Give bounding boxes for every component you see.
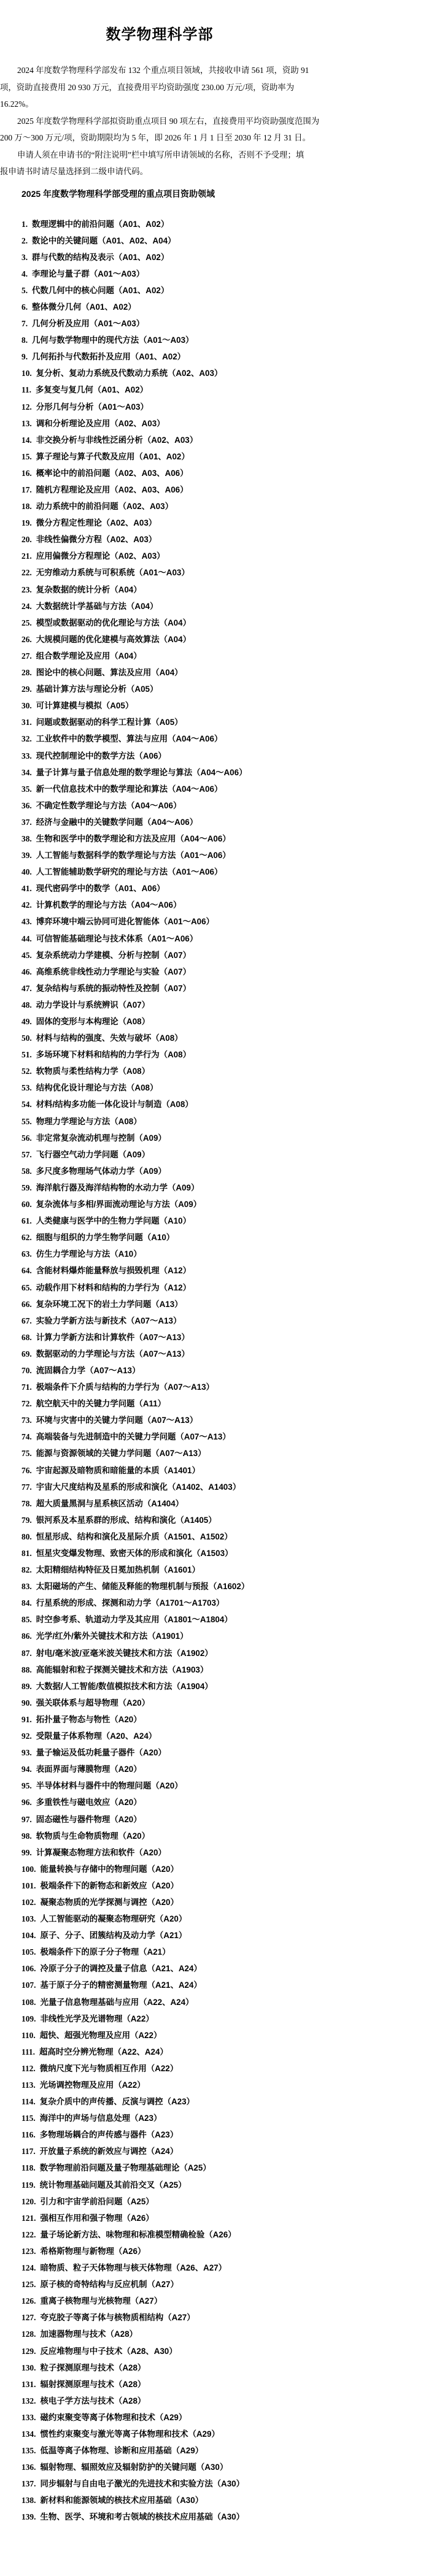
item-number: 37. (21, 818, 32, 827)
item-text: 李理论与量子群（A01～A03） (32, 269, 144, 278)
list-item: 84.行星系统的形成、探测和动力学（A1701～A1703） (21, 1595, 319, 1611)
list-item: 8.几何与数学物理中的现代方法（A01～A03） (21, 332, 319, 348)
list-item: 35.新一代信息技术中的数学理论和算法（A04～A06） (21, 781, 319, 797)
list-item: 9.几何拓扑与代数拓扑及应用（A01、A02） (21, 348, 319, 365)
list-item: 99.计算凝聚态物理方法和软件（A20） (21, 1844, 319, 1861)
list-item: 79.银河系及本星系群的形成、结构和演化（A1405） (21, 1512, 319, 1528)
item-number: 43. (21, 917, 32, 926)
item-text: 复杂介质中的声传播、反演与调控（A23） (40, 2097, 195, 2106)
item-number: 46. (21, 967, 32, 976)
list-item: 63.仿生力学理论与方法（A10） (21, 1246, 319, 1262)
item-text: 极端条件下介质与结构的力学行为（A07～A13） (36, 1382, 214, 1392)
item-number: 34. (21, 768, 32, 777)
item-number: 41. (21, 884, 32, 893)
list-item: 135.低温等离子体物理、诊断和应用基础（A29） (21, 2442, 319, 2459)
item-text: 大数据/人工智能/数值模拟技术和方法（A1904） (36, 1682, 213, 1691)
item-number: 49. (21, 1017, 32, 1026)
item-number: 64. (21, 1266, 32, 1275)
funding-areas-list: 1.数理逻辑中的前沿问题（A01、A02）2.数论中的关键问题（A01、A02、… (0, 216, 319, 2526)
item-text: 软物质与柔性结构力学（A08） (36, 1067, 150, 1076)
document-page: 数学物理科学部 2024 年度数学物理科学部发布 132 个重点项目领域，共接收… (0, 25, 319, 2526)
item-text: 大数据统计学基础与方法（A04） (36, 602, 158, 611)
list-item: 122.量子场论新方法、味物理和标准模型精确检验（A26） (21, 2226, 319, 2243)
item-number: 16. (21, 469, 32, 478)
item-text: 代数几何中的核心问题（A01、A02） (32, 286, 169, 295)
item-number: 59. (21, 1183, 32, 1192)
list-item: 17.随机方程理论及应用（A02、A03、A06） (21, 481, 319, 498)
item-text: 能源与资源领域的关键力学问题（A07～A13） (36, 1449, 206, 1458)
list-item: 115.海洋中的声场与信息处理（A23） (21, 2110, 319, 2126)
list-item: 127.夸克胶子等离子体与核物质相结构（A27） (21, 2309, 319, 2326)
item-number: 35. (21, 784, 32, 794)
list-item: 47.复杂结构与系统的振动特性及控制（A07） (21, 980, 319, 997)
item-number: 72. (21, 1399, 32, 1408)
item-text: 人工智能辅助数学研究的理论与方法（A01～A06） (36, 867, 223, 876)
item-text: 非交换分析与非线性泛函分析（A02、A03） (36, 435, 198, 445)
section-heading: 2025 年度数学物理科学部受理的重点项目资助领域 (21, 188, 319, 200)
item-number: 96. (21, 1798, 32, 1807)
item-number: 4. (21, 269, 28, 278)
item-text: 射电/毫米波/亚毫米波关键技术和方法（A1902） (36, 1649, 213, 1658)
item-text: 非定常复杂流动机理与控制（A09） (36, 1133, 166, 1143)
item-text: 能量转换与存储中的物理问题（A20） (40, 1865, 178, 1874)
list-item: 68.计算力学新方法和计算软件（A07～A13） (21, 1329, 319, 1346)
item-text: 数理逻辑中的前沿问题（A01、A02） (32, 220, 169, 229)
item-text: 流固耦合力学（A07～A13） (36, 1366, 141, 1375)
item-number: 36. (21, 801, 32, 810)
item-text: 群与代数的结构及表示（A01、A02） (32, 253, 169, 262)
item-text: 可计算建模与模拟（A05） (36, 701, 133, 710)
item-number: 109. (21, 2014, 36, 2023)
item-text: 高维系统非线性动力学理论与实验（A07） (36, 967, 191, 976)
list-item: 45.复杂系统动力学建模、分析与控制（A07） (21, 947, 319, 964)
intro-paragraphs: 2024 年度数学物理科学部发布 132 个重点项目领域，共接收申请 561 项… (0, 62, 319, 180)
item-text: 低温等离子体物理、诊断和应用基础（A29） (40, 2446, 203, 2455)
list-item: 95.半导体材料与器件中的物理问题（A20） (21, 1777, 319, 1794)
item-text: 超大质量黑洞与星系核区活动（A1404） (36, 1499, 184, 1508)
item-number: 9. (21, 352, 28, 361)
item-number: 69. (21, 1349, 32, 1359)
item-text: 时空参考系、轨道动力学及其应用（A1801～A1804） (36, 1615, 233, 1624)
item-text: 微分方程定性理论（A02、A03） (36, 518, 157, 527)
list-item: 58.多尺度多物理场气体动力学（A09） (21, 1163, 319, 1179)
paragraph-line: 报申请书时请尽量选择到二级申请代码。 (0, 163, 319, 180)
list-item: 77.宇宙大尺度结构及星系的形成和演化（A1402、A1403） (21, 1479, 319, 1495)
item-number: 118. (21, 2163, 36, 2172)
item-number: 60. (21, 1200, 32, 1209)
item-text: 非线性偏微分方程（A02、A03） (36, 535, 157, 544)
list-item: 98.软物质与生命物质物理（A20） (21, 1828, 319, 1844)
item-number: 26. (21, 635, 32, 644)
item-text: 量子场论新方法、味物理和标准模型精确检验（A26） (40, 2230, 236, 2239)
item-text: 基础计算方法与理论分析（A05） (36, 684, 158, 694)
list-item: 40.人工智能辅助数学研究的理论与方法（A01～A06） (21, 864, 319, 880)
list-item: 123.希格斯物理与新物理（A26） (21, 2243, 319, 2260)
item-number: 120. (21, 2197, 36, 2206)
item-number: 3. (21, 253, 28, 262)
item-text: 调和分析理论及应用（A02、A03） (36, 419, 165, 428)
list-item: 3.群与代数的结构及表示（A01、A02） (21, 249, 319, 266)
item-number: 87. (21, 1649, 32, 1658)
item-text: 整体微分几何（A01、A02） (32, 302, 136, 312)
list-item: 27.组合数学理论及应用（A04） (21, 648, 319, 664)
item-text: 博弈环境中端云协同可进化智能体（A01～A06） (36, 917, 214, 926)
item-number: 125. (21, 2280, 36, 2289)
item-number: 89. (21, 1682, 32, 1691)
item-number: 116. (21, 2130, 36, 2139)
item-number: 27. (21, 651, 32, 661)
item-number: 130. (21, 2363, 36, 2372)
item-number: 70. (21, 1366, 32, 1375)
item-text: 多尺度多物理场气体动力学（A09） (36, 1167, 166, 1176)
item-number: 19. (21, 518, 32, 527)
list-item: 64.含能材料爆炸能量释放与损毁机理（A12） (21, 1262, 319, 1279)
item-text: 动力学设计与系统辨识（A07） (36, 1000, 150, 1010)
item-number: 28. (21, 668, 32, 677)
item-number: 17. (21, 485, 32, 494)
list-item: 56.非定常复杂流动机理与控制（A09） (21, 1130, 319, 1146)
item-text: 软物质与生命物质物理（A20） (36, 1831, 150, 1841)
item-number: 14. (21, 435, 32, 445)
list-item: 100.能量转换与存储中的物理问题（A20） (21, 1861, 319, 1877)
list-item: 70.流固耦合力学（A07～A13） (21, 1362, 319, 1379)
list-item: 20.非线性偏微分方程（A02、A03） (21, 531, 319, 548)
item-number: 76. (21, 1466, 32, 1475)
item-text: 高端装备与先进制造中的关键力学问题（A07～A13） (36, 1432, 231, 1441)
list-item: 38.生物和医学中的数学理论和方法及应用（A04～A06） (21, 830, 319, 847)
item-number: 21. (21, 551, 32, 561)
item-number: 115. (21, 2114, 36, 2123)
list-item: 34.量子计算与量子信息处理的数学理论与算法（A04～A06） (21, 764, 319, 781)
item-number: 117. (21, 2147, 36, 2156)
item-number: 129. (21, 2347, 36, 2356)
item-text: 微纳尺度下光与物质相互作用（A22） (40, 2064, 178, 2073)
item-number: 52. (21, 1067, 32, 1076)
item-number: 106. (21, 1964, 36, 1973)
item-text: 计算凝聚态物理方法和软件（A20） (36, 1848, 166, 1857)
list-item: 46.高维系统非线性动力学理论与实验（A07） (21, 964, 319, 980)
list-item: 94.表面界面与薄膜物理（A20） (21, 1761, 319, 1777)
item-number: 123. (21, 2247, 36, 2256)
list-item: 29.基础计算方法与理论分析（A05） (21, 681, 319, 697)
item-text: 动力系统中的前沿问题（A02、A03） (36, 502, 173, 511)
item-text: 宇宙起源及暗物质和暗能量的本质（A1401） (36, 1466, 200, 1475)
list-item: 133.磁约束聚变等离子体物理和技术（A29） (21, 2409, 319, 2426)
item-text: 超快、超强光物理及应用（A22） (40, 2031, 162, 2040)
list-item: 60.复杂流体与多相/界面流动理论与方法（A09） (21, 1196, 319, 1213)
item-number: 100. (21, 1865, 36, 1874)
item-number: 90. (21, 1698, 32, 1708)
item-text: 引力和宇宙学前沿问题（A25） (40, 2197, 153, 2206)
item-text: 核电子学方法与技术（A28） (40, 2396, 145, 2405)
list-item: 51.多场环境下材料和结构的力学行为（A08） (21, 1046, 319, 1063)
item-text: 拓扑量子物态与物性（A20） (36, 1715, 142, 1724)
item-number: 25. (21, 618, 32, 627)
item-number: 2. (21, 236, 28, 245)
list-item: 49.固体的变形与本构理论（A08） (21, 1013, 319, 1030)
item-number: 102. (21, 1898, 36, 1907)
item-number: 54. (21, 1100, 32, 1109)
list-item: 66.复杂环境工况下的岩土力学问题（A13） (21, 1296, 319, 1313)
item-text: 结构优化设计理论与方法（A08） (36, 1083, 158, 1092)
list-item: 117.开放量子系统的新效应与调控（A24） (21, 2143, 319, 2160)
item-number: 107. (21, 1980, 36, 1990)
item-number: 55. (21, 1117, 32, 1126)
item-number: 126. (21, 2296, 36, 2306)
list-item: 19.微分方程定性理论（A02、A03） (21, 515, 319, 531)
item-number: 112. (21, 2064, 36, 2073)
item-text: 海洋中的声场与信息处理（A23） (40, 2114, 162, 2123)
item-number: 92. (21, 1731, 32, 1741)
item-number: 93. (21, 1748, 32, 1757)
item-number: 83. (21, 1582, 32, 1591)
list-item: 81.恒星灾变爆发物理、致密天体的形成和演化（A1503） (21, 1545, 319, 1562)
list-item: 110.超快、超强光物理及应用（A22） (21, 2027, 319, 2044)
item-number: 39. (21, 851, 32, 860)
item-text: 粒子探测原理与技术（A28） (40, 2363, 145, 2372)
item-number: 57. (21, 1150, 32, 1159)
item-number: 135. (21, 2446, 36, 2455)
item-text: 原子、分子、团簇结构及动力学（A21） (40, 1931, 187, 1940)
item-text: 强相互作用和强子物理（A26） (40, 2214, 153, 2223)
item-text: 材料/结构多功能一体化设计与制造（A08） (36, 1100, 193, 1109)
item-number: 5. (21, 286, 28, 295)
item-number: 56. (21, 1133, 32, 1143)
item-text: 原子核的奇特结构与反应机制（A27） (40, 2280, 178, 2289)
item-text: 细胞与组织的力学生物学问题（A10） (36, 1233, 174, 1242)
list-item: 116.多物理场耦合的声传感与器件（A23） (21, 2126, 319, 2143)
item-number: 15. (21, 452, 32, 461)
item-number: 94. (21, 1765, 32, 1774)
list-item: 44.可信智能基础理论与技术体系（A01～A06） (21, 930, 319, 947)
list-item: 73.环境与灾害中的关键力学问题（A07～A13） (21, 1412, 319, 1428)
item-text: 算子理论与算子代数及应用（A01、A02） (36, 452, 190, 461)
list-item: 138.新材料和能源领域的核技术应用基础（A30） (21, 2492, 319, 2509)
item-text: 多复变与复几何（A01、A02） (36, 385, 148, 394)
list-item: 74.高端装备与先进制造中的关键力学问题（A07～A13） (21, 1428, 319, 1445)
list-item: 69.数据驱动的力学理论与方法（A07～A13） (21, 1346, 319, 1362)
item-number: 127. (21, 2313, 36, 2322)
list-item: 59.海洋航行器及海洋结构物的水动力学（A09） (21, 1179, 319, 1196)
item-number: 84. (21, 1598, 32, 1608)
list-item: 114.复杂介质中的声传播、反演与调控（A23） (21, 2093, 319, 2110)
item-number: 105. (21, 1947, 36, 1957)
paragraph-line: 16.22%。 (0, 96, 319, 113)
item-text: 工业软件中的数学模型、算法与应用（A04～A06） (36, 734, 223, 743)
item-text: 光场调控物理及应用（A22） (40, 2080, 145, 2090)
list-item: 85.时空参考系、轨道动力学及其应用（A1801～A1804） (21, 1611, 319, 1628)
item-number: 73. (21, 1416, 32, 1425)
list-item: 86.光学/红外/紫外关键技术和方法（A1901） (21, 1628, 319, 1644)
item-text: 无穷维动力系统与可积系统（A01～A03） (36, 568, 190, 577)
list-item: 139.生物、医学、环境和考古领域的核技术应用基础（A30） (21, 2509, 319, 2525)
item-number: 48. (21, 1000, 32, 1010)
item-text: 宇宙大尺度结构及星系的形成和演化（A1402、A1403） (36, 1482, 241, 1492)
item-number: 121. (21, 2214, 36, 2223)
item-number: 133. (21, 2413, 36, 2422)
item-text: 经济与金融中的关键数学问题（A04～A06） (36, 818, 198, 827)
list-item: 55.物理力学理论与方法（A08） (21, 1113, 319, 1130)
item-number: 1. (21, 220, 28, 229)
item-text: 冷原子分子的调控及量子信息（A21、A24） (40, 1964, 201, 1973)
item-text: 环境与灾害中的关键力学问题（A07～A13） (36, 1416, 198, 1425)
list-item: 11.多复变与复几何（A01、A02） (21, 381, 319, 398)
item-number: 61. (21, 1216, 32, 1225)
item-text: 加速器物理与技术（A28） (40, 2329, 137, 2339)
list-item: 21.应用偏微分方程理论（A02、A03） (21, 548, 319, 564)
list-item: 118.数学物理前沿问题及量子物理基础理论（A25） (21, 2160, 319, 2176)
list-item: 89.大数据/人工智能/数值模拟技术和方法（A1904） (21, 1678, 319, 1695)
list-item: 130.粒子探测原理与技术（A28） (21, 2359, 319, 2376)
list-item: 106.冷原子分子的调控及量子信息（A21、A24） (21, 1960, 319, 1977)
item-text: 现代控制理论中的数学方法（A06） (36, 751, 166, 761)
item-text: 可信智能基础理论与技术体系（A01～A06） (36, 934, 198, 943)
item-number: 65. (21, 1283, 32, 1292)
item-number: 131. (21, 2380, 36, 2389)
item-number: 110. (21, 2031, 36, 2040)
list-item: 33.现代控制理论中的数学方法（A06） (21, 748, 319, 764)
list-item: 134.惯性约束聚变与激光等离子体物理和技术（A29） (21, 2426, 319, 2442)
page-title: 数学物理科学部 (0, 25, 319, 45)
list-item: 2.数论中的关键问题（A01、A02、A04） (21, 232, 319, 249)
item-text: 量子输运及低功耗量子器件（A20） (36, 1748, 166, 1757)
item-number: 79. (21, 1516, 32, 1525)
list-item: 132.核电子学方法与技术（A28） (21, 2393, 319, 2409)
list-item: 16.概率论中的前沿问题（A02、A03、A06） (21, 465, 319, 481)
list-item: 91.拓扑量子物态与物性（A20） (21, 1711, 319, 1728)
item-number: 81. (21, 1549, 32, 1558)
item-text: 太阳精细结构特征及日冕加热机制（A1601） (36, 1565, 200, 1574)
list-item: 112.微纳尺度下光与物质相互作用（A22） (21, 2060, 319, 2077)
item-text: 恒星灾变爆发物理、致密天体的形成和演化（A1503） (36, 1549, 233, 1558)
list-item: 24.大数据统计学基础与方法（A04） (21, 598, 319, 615)
item-text: 表面界面与薄膜物理（A20） (36, 1765, 142, 1774)
paragraph-line: 项，资助直接费用 20 930 万元，直接费用平均资助强度 230.00 万元/… (0, 79, 319, 96)
item-text: 复杂系统动力学建模、分析与控制（A07） (36, 951, 191, 960)
item-text: 凝聚态物质的光学探测与调控（A20） (40, 1898, 178, 1907)
list-item: 18.动力系统中的前沿问题（A02、A03） (21, 498, 319, 515)
item-number: 51. (21, 1050, 32, 1059)
item-text: 人工智能与数据科学的数学理论与方法（A01～A06） (36, 851, 231, 860)
list-item: 4.李理论与量子群（A01～A03） (21, 266, 319, 282)
list-item: 62.细胞与组织的力学生物学问题（A10） (21, 1229, 319, 1246)
item-text: 统计物理基础问题及其前沿交叉（A25） (40, 2180, 187, 2190)
item-text: 数论中的关键问题（A01、A02、A04） (32, 236, 176, 245)
list-item: 31.问题或数据驱动的科学工程计算（A05） (21, 714, 319, 730)
item-text: 几何与数学物理中的现代方法（A01～A03） (32, 335, 193, 345)
item-text: 极端条件下的原子分子物理（A21） (40, 1947, 170, 1957)
item-text: 基于原子分子的精密测量物理（A21、A24） (40, 1980, 201, 1990)
list-item: 43.博弈环境中端云协同可进化智能体（A01～A06） (21, 913, 319, 930)
item-number: 11. (21, 385, 31, 394)
list-item: 71.极端条件下介质与结构的力学行为（A07～A13） (21, 1379, 319, 1395)
list-item: 107.基于原子分子的精密测量物理（A21、A24） (21, 1977, 319, 1993)
list-item: 129.反应堆物理与中子技术（A28、A30） (21, 2343, 319, 2359)
item-text: 新一代信息技术中的数学理论和算法（A04～A06） (36, 784, 223, 794)
list-item: 32.工业软件中的数学模型、算法与应用（A04～A06） (21, 730, 319, 747)
item-number: 91. (21, 1715, 32, 1724)
list-item: 125.原子核的奇特结构与反应机制（A27） (21, 2276, 319, 2293)
item-text: 量子计算与量子信息处理的数学理论与算法（A04～A06） (36, 768, 247, 777)
item-number: 68. (21, 1333, 32, 1342)
list-item: 5.代数几何中的核心问题（A01、A02） (21, 282, 319, 299)
list-item: 53.结构优化设计理论与方法（A08） (21, 1079, 319, 1096)
item-text: 高能辐射和粒子探测关键技术和方法（A1903） (36, 1665, 209, 1674)
item-number: 103. (21, 1914, 36, 1923)
paragraph-line: 2024 年度数学物理科学部发布 132 个重点项目领域，共接收申请 561 项… (0, 62, 319, 79)
item-number: 85. (21, 1615, 32, 1624)
item-number: 77. (21, 1482, 32, 1492)
list-item: 80.恒星形成、结构和演化及星际介质（A1501、A1502） (21, 1528, 319, 1545)
item-text: 开放量子系统的新效应与调控（A24） (40, 2147, 178, 2156)
item-number: 53. (21, 1083, 32, 1092)
list-item: 41.现代密码学中的数学（A01、A06） (21, 880, 319, 897)
item-text: 不确定性数学理论与方法（A04～A06） (36, 801, 182, 810)
item-text: 受限量子体系物理（A20、A24） (36, 1731, 157, 1741)
list-item: 124.暗物质、粒子天体物理与核天体物理（A26、A27） (21, 2260, 319, 2276)
paragraph-line: 申请人须在申请书的“附注说明”栏中填写所申请领域的名称，否则不予受理；填 (0, 147, 319, 164)
item-text: 光学/红外/紫外关键技术和方法（A1901） (36, 1631, 188, 1641)
item-text: 新材料和能源领域的核技术应用基础（A30） (40, 2496, 203, 2505)
list-item: 54.材料/结构多功能一体化设计与制造（A08） (21, 1096, 319, 1113)
item-text: 磁约束聚变等离子体物理和技术（A29） (40, 2413, 187, 2422)
item-text: 行星系统的形成、探测和动力学（A1701～A1703） (36, 1598, 225, 1608)
item-number: 98. (21, 1831, 32, 1841)
item-number: 20. (21, 535, 32, 544)
list-item: 76.宇宙起源及暗物质和暗能量的本质（A1401） (21, 1462, 319, 1479)
list-item: 6.整体微分几何（A01、A02） (21, 299, 319, 315)
list-item: 105.极端条件下的原子分子物理（A21） (21, 1944, 319, 1960)
list-item: 126.重离子核物理与光核物理（A27） (21, 2293, 319, 2309)
item-number: 8. (21, 335, 28, 345)
item-text: 复杂数据的统计分析（A04） (36, 585, 142, 594)
paragraph-line: 2025 年度数学物理科学部拟资助重点项目 90 项左右，直接费用平均资助强度范… (0, 113, 319, 130)
item-number: 10. (21, 369, 32, 378)
list-item: 82.太阳精细结构特征及日冕加热机制（A1601） (21, 1562, 319, 1578)
item-text: 组合数学理论及应用（A04） (36, 651, 142, 661)
item-text: 模型或数据驱动的优化理论与方法（A04） (36, 618, 191, 627)
item-number: 132. (21, 2396, 36, 2405)
list-item: 120.引力和宇宙学前沿问题（A25） (21, 2193, 319, 2210)
item-number: 111. (21, 2047, 35, 2057)
item-number: 18. (21, 502, 32, 511)
item-number: 67. (21, 1316, 32, 1325)
item-number: 75. (21, 1449, 32, 1458)
item-text: 航空航天中的关键力学问题（A11） (36, 1399, 166, 1408)
list-item: 137.同步辐射与自由电子激光的先进技术和实验方法（A30） (21, 2475, 319, 2492)
item-text: 生物和医学中的数学理论和方法及应用（A04～A06） (36, 834, 231, 843)
item-text: 复杂环境工况下的岩土力学问题（A13） (36, 1300, 183, 1309)
item-text: 极端条件下的新物态和新效应（A20） (40, 1881, 178, 1890)
list-item: 93.量子输运及低功耗量子器件（A20） (21, 1744, 319, 1761)
item-number: 113. (21, 2080, 36, 2090)
item-text: 人工智能驱动的凝聚态物理研究（A20） (40, 1914, 187, 1923)
item-number: 45. (21, 951, 32, 960)
item-number: 119. (21, 2180, 36, 2190)
item-number: 12. (21, 402, 32, 412)
item-number: 40. (21, 867, 32, 876)
list-item: 102.凝聚态物质的光学探测与调控（A20） (21, 1894, 319, 1911)
item-number: 74. (21, 1432, 32, 1441)
list-item: 26.大规模问题的优化建模与高效算法（A04） (21, 631, 319, 648)
item-text: 银河系及本星系群的形成、结构和演化（A1405） (36, 1516, 217, 1525)
list-item: 12.分形几何与分析（A01～A03） (21, 399, 319, 415)
list-item: 14.非交换分析与非线性泛函分析（A02、A03） (21, 432, 319, 448)
item-text: 同步辐射与自由电子激光的先进技术和实验方法（A30） (40, 2479, 244, 2488)
item-number: 30. (21, 701, 32, 710)
item-number: 86. (21, 1631, 32, 1641)
item-number: 80. (21, 1532, 32, 1541)
